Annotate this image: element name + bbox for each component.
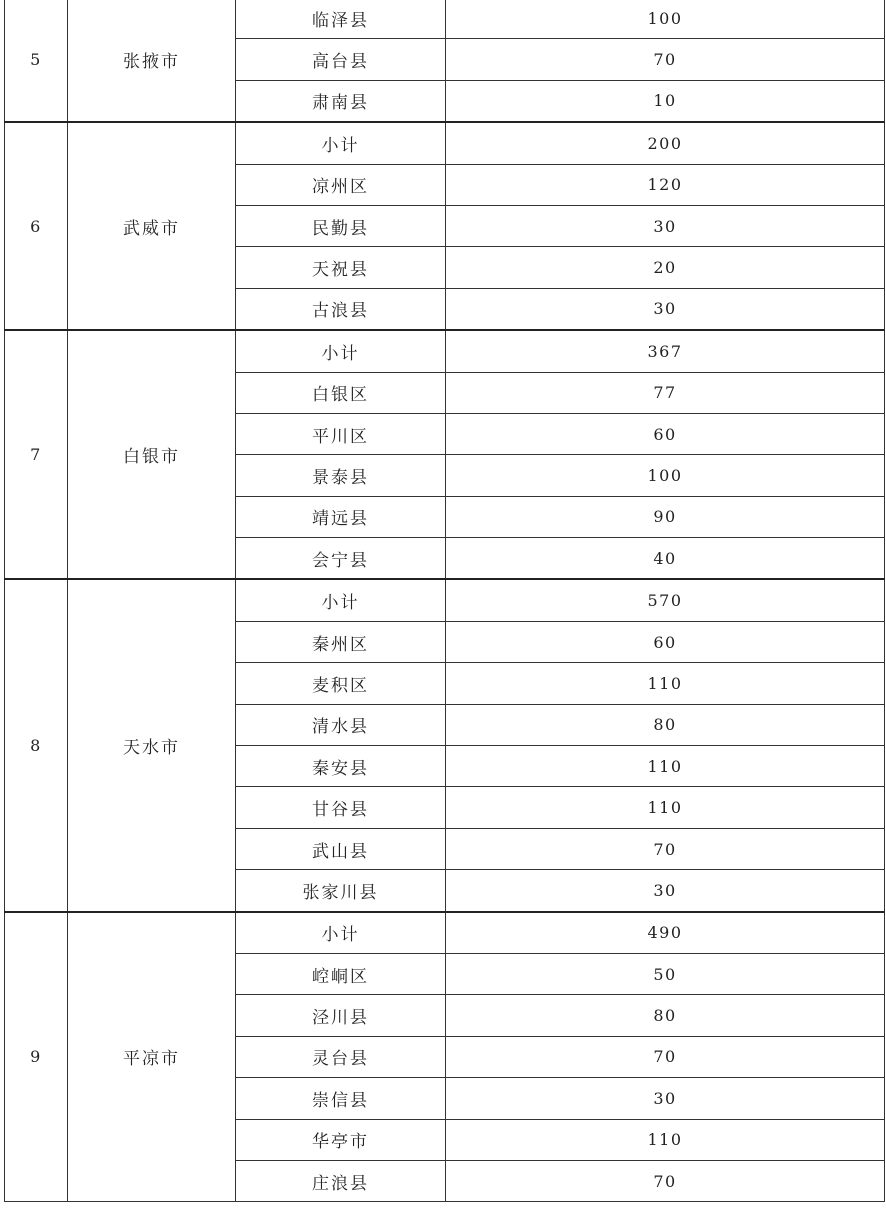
county-name: 临泽县 xyxy=(236,0,446,39)
county-name: 高台县 xyxy=(236,39,446,80)
county-value: 90 xyxy=(446,496,885,537)
county-name: 崆峒区 xyxy=(236,953,446,994)
county-value: 60 xyxy=(446,621,885,662)
county-value: 77 xyxy=(446,372,885,413)
county-name: 泾川县 xyxy=(236,995,446,1036)
county-value: 70 xyxy=(446,1036,885,1077)
county-name: 灵台县 xyxy=(236,1036,446,1077)
subtotal-value: 367 xyxy=(446,330,885,372)
row-index: 6 xyxy=(5,122,68,330)
county-value: 70 xyxy=(446,39,885,80)
table-row: 9 平凉市 小计 490 xyxy=(5,912,885,954)
county-value: 80 xyxy=(446,704,885,745)
subtotal-value: 570 xyxy=(446,579,885,621)
city-name: 白银市 xyxy=(68,330,236,579)
subtotal-label: 小计 xyxy=(236,330,446,372)
county-name: 庄浪县 xyxy=(236,1160,446,1201)
row-index: 8 xyxy=(5,579,68,911)
county-name: 景泰县 xyxy=(236,455,446,496)
county-value: 10 xyxy=(446,80,885,122)
county-value: 50 xyxy=(446,953,885,994)
county-name: 崇信县 xyxy=(236,1078,446,1119)
city-name: 天水市 xyxy=(68,579,236,911)
subtotal-value: 200 xyxy=(446,122,885,164)
table-row: 8 天水市 小计 570 xyxy=(5,579,885,621)
row-index: 7 xyxy=(5,330,68,579)
county-value: 30 xyxy=(446,870,885,912)
county-value: 70 xyxy=(446,828,885,869)
county-name: 天祝县 xyxy=(236,247,446,288)
county-value: 30 xyxy=(446,205,885,246)
county-name: 会宁县 xyxy=(236,538,446,580)
table-row: 7 白银市 小计 367 xyxy=(5,330,885,372)
county-name: 肃南县 xyxy=(236,80,446,122)
county-value: 100 xyxy=(446,0,885,39)
subtotal-label: 小计 xyxy=(236,912,446,954)
county-value: 40 xyxy=(446,538,885,580)
county-value: 110 xyxy=(446,1119,885,1160)
county-name: 华亭市 xyxy=(236,1119,446,1160)
county-value: 20 xyxy=(446,247,885,288)
county-name: 古浪县 xyxy=(236,288,446,330)
county-value: 110 xyxy=(446,663,885,704)
county-name: 武山县 xyxy=(236,828,446,869)
subtotal-label: 小计 xyxy=(236,122,446,164)
county-value: 100 xyxy=(446,455,885,496)
city-name: 张掖市 xyxy=(68,0,236,122)
county-name: 平川区 xyxy=(236,413,446,454)
county-name: 麦积区 xyxy=(236,663,446,704)
county-name: 张家川县 xyxy=(236,870,446,912)
county-value: 70 xyxy=(446,1160,885,1201)
row-index: 9 xyxy=(5,912,68,1202)
county-value: 80 xyxy=(446,995,885,1036)
county-name: 秦安县 xyxy=(236,746,446,787)
city-name: 平凉市 xyxy=(68,912,236,1202)
table-row: 6 武威市 小计 200 xyxy=(5,122,885,164)
county-value: 60 xyxy=(446,413,885,454)
table-row: 5 张掖市 临泽县 100 xyxy=(5,0,885,39)
county-name: 民勤县 xyxy=(236,205,446,246)
city-name: 武威市 xyxy=(68,122,236,330)
subtotal-value: 490 xyxy=(446,912,885,954)
allocation-table: 5 张掖市 临泽县 100 高台县 70 肃南县 10 6 武威市 小计 200 xyxy=(4,0,885,1202)
county-name: 靖远县 xyxy=(236,496,446,537)
county-name: 凉州区 xyxy=(236,164,446,205)
row-index: 5 xyxy=(5,0,68,122)
county-name: 清水县 xyxy=(236,704,446,745)
document-page: 5 张掖市 临泽县 100 高台县 70 肃南县 10 6 武威市 小计 200 xyxy=(0,0,886,1212)
county-name: 甘谷县 xyxy=(236,787,446,828)
county-value: 30 xyxy=(446,288,885,330)
county-value: 110 xyxy=(446,746,885,787)
county-value: 110 xyxy=(446,787,885,828)
subtotal-label: 小计 xyxy=(236,579,446,621)
county-name: 秦州区 xyxy=(236,621,446,662)
county-name: 白银区 xyxy=(236,372,446,413)
county-value: 120 xyxy=(446,164,885,205)
county-value: 30 xyxy=(446,1078,885,1119)
